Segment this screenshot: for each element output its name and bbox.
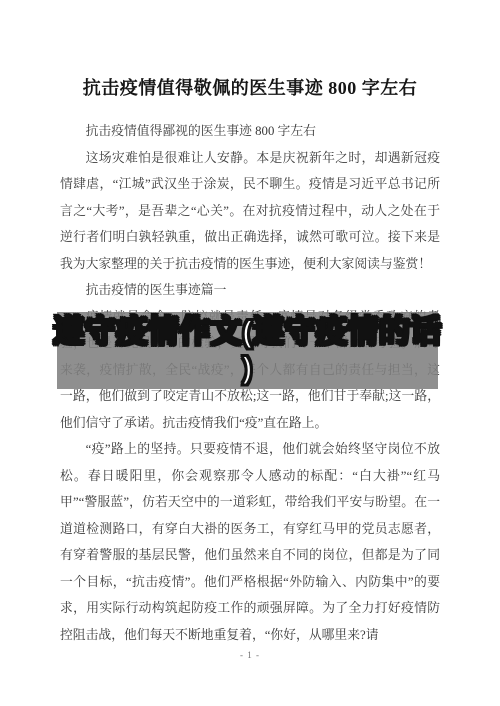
watermark-text-line2: ) — [242, 350, 253, 386]
paragraph: 抗击疫情值得鄙视的医生事迹 800 字左右 — [60, 118, 440, 145]
document-title: 抗击疫情值得敬佩的医生事迹 800 字左右 — [0, 74, 500, 100]
page-number: - 1 - — [0, 650, 500, 660]
paragraph: 这场灾难怕是很难让人安静。本是庆祝新年之时，却遇新冠疫情肆虐，“江城”武汉坐于涂… — [60, 145, 440, 278]
watermark-banner: 遵守疫情作文(遵守疫情的话 ) — [57, 312, 438, 389]
watermark-text-line1: 遵守疫情作文(遵守疫情的话 — [53, 314, 442, 350]
watermark-text: 遵守疫情作文(遵守疫情的话 ) — [57, 312, 438, 389]
paragraph: “疫”路上的坚持。只要疫情不退，他们就会始终坚守岗位不放松。春日暖阳里，你会观察… — [60, 436, 440, 648]
document-page: 抗击疫情值得敬佩的医生事迹 800 字左右 抗击疫情值得鄙视的医生事迹 800 … — [0, 0, 500, 706]
paragraph: 抗击疫情的医生事迹篇一 — [60, 277, 440, 304]
